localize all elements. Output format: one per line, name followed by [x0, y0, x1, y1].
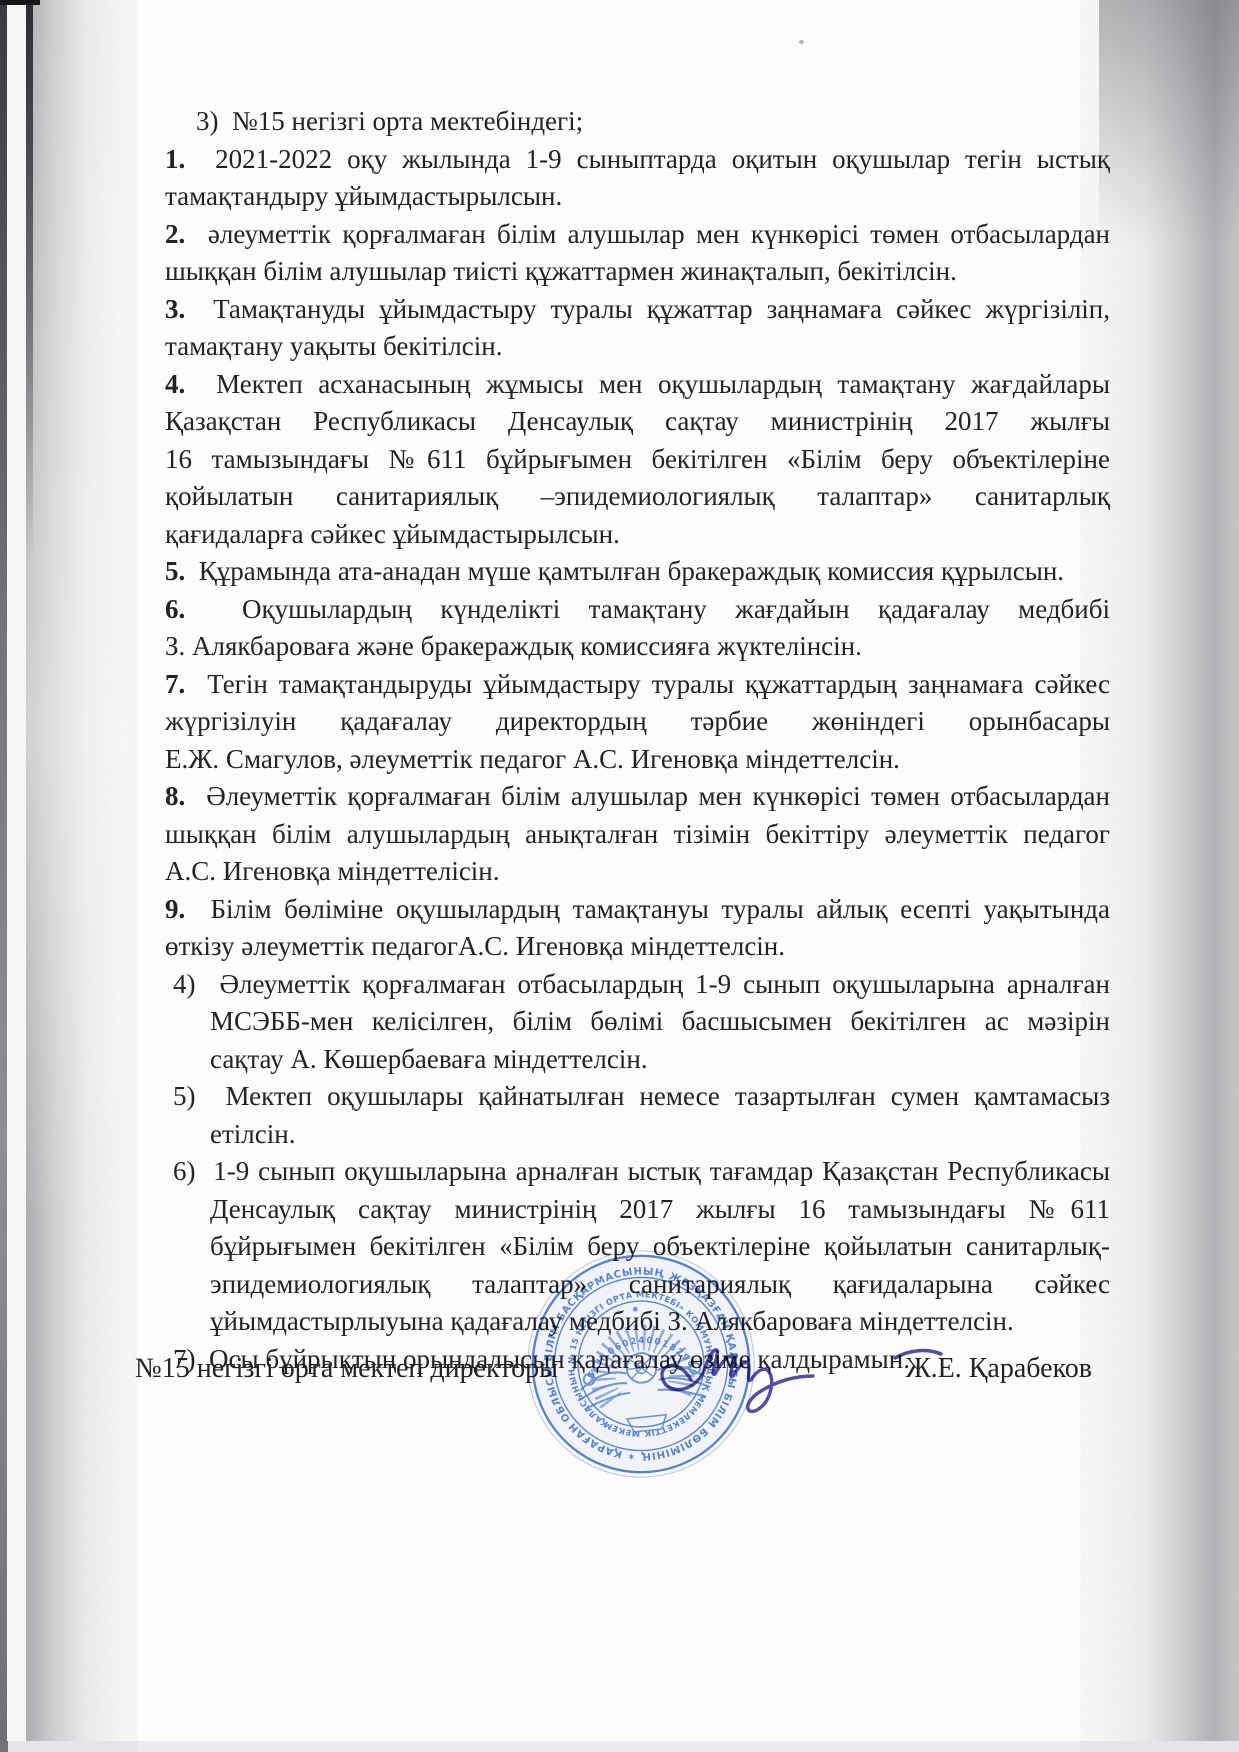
paragraph: 6. Оқушылардың күнделікті тамақтану жағд… [165, 591, 1110, 666]
text-line: 7. Тегін тамақтандыруды ұйымдастыру тура… [165, 666, 1110, 704]
text-line: МСЭББ-мен келісілген, білім бөлімі басшы… [165, 1003, 1110, 1041]
item-number: 1. [165, 144, 185, 174]
text-line: Е.Ж. Смагулов, әлеуметтік педагог А.С. И… [165, 741, 1110, 779]
paragraph: 8. Әлеуметтік қорғалмаған білім алушылар… [165, 778, 1110, 891]
text-line: қағидаларға сәйкес ұйымдастырылсын. [165, 516, 1110, 554]
item-number: 2. [165, 219, 185, 249]
paragraph: 1. 2021-2022 оқу жылында 1-9 сыныптарда … [165, 141, 1110, 216]
item-number: 7. [165, 669, 185, 699]
paragraph: 5. Құрамында ата-анадан мүше қамтылған б… [165, 553, 1110, 591]
text-line: жүргізілуін қадағалау директордың тәрбие… [165, 703, 1110, 741]
scan-speck [799, 40, 804, 44]
text-line: өткізу әлеуметтік педагогА.С. Игеновқа м… [165, 928, 1110, 966]
text-line: 4. Мектеп асханасының жұмысы мен оқушыла… [165, 366, 1110, 404]
scan-fold-line [26, 0, 33, 560]
text-line: А.С. Игеновқа міндеттелісін. [165, 853, 1110, 891]
text-line: тамақтану уақыты бекітілсін. [165, 328, 1110, 366]
scan-bottom-strip [0, 1741, 1239, 1752]
item-number: 6. [165, 594, 185, 624]
scan-shadow-left [24, 0, 124, 1752]
item-number: 8. [165, 781, 185, 811]
item-number: 5) [173, 1081, 196, 1111]
text-line: 8. Әлеуметтік қорғалмаған білім алушылар… [165, 778, 1110, 816]
text-line: етілсін. [165, 1116, 1110, 1154]
text-line: 3. Тамақтануды ұйымдастыру туралы құжатт… [165, 291, 1110, 329]
paragraph: 7. Тегін тамақтандыруды ұйымдастыру тура… [165, 666, 1110, 779]
text-line: 9. Білім бөліміне оқушылардың тамақтануы… [165, 891, 1110, 929]
text-line: 1. 2021-2022 оқу жылында 1-9 сыныптарда … [165, 141, 1110, 179]
scanned-order-page: 3) №15 негізгі орта мектебіндегі;1. 2021… [0, 0, 1239, 1752]
text-line: 5) Мектеп оқушылары қайнатылған немесе т… [165, 1078, 1110, 1116]
paragraph: 4) Әлеуметтік қорғалмаған отбасылардың 1… [165, 966, 1110, 1079]
text-line: шыққан білім алушылар тиісті құжаттармен… [165, 253, 1110, 291]
text-line: 16 тамызындағы №611 бұйрығымен бекітілге… [165, 441, 1110, 479]
text-line: З. Алякбароваға және бракераждық комисси… [165, 628, 1110, 666]
text-line: 6. Оқушылардың күнделікті тамақтану жағд… [165, 591, 1110, 629]
paragraph: 3) №15 негізгі орта мектебіндегі; [165, 103, 1110, 141]
text-line: Денсаулық сақтау министрінің 2017 жылғы … [165, 1191, 1110, 1229]
paragraph: 9. Білім бөліміне оқушылардың тамақтануы… [165, 891, 1110, 966]
item-number: 3. [165, 294, 185, 324]
director-signature [645, 1306, 981, 1438]
text-line: 2. әлеуметтік қорғалмаған білім алушылар… [165, 216, 1110, 254]
text-line: шыққан білім алушылардың анықталған тізі… [165, 816, 1110, 854]
scan-edge-strip [0, 0, 7, 1752]
item-number: 3) [196, 106, 219, 136]
director-title: №15 негізгі орта мектеп директоры [135, 1350, 558, 1388]
text-line: сақтау А. Көшербаеваға міндеттелсін. [165, 1041, 1110, 1079]
text-line: 4) Әлеуметтік қорғалмаған отбасылардың 1… [165, 966, 1110, 1004]
order-paragraphs: 3) №15 негізгі орта мектебіндегі;1. 2021… [165, 103, 1110, 1378]
scan-corner-mark [0, 0, 40, 5]
paragraph: 3. Тамақтануды ұйымдастыру туралы құжатт… [165, 291, 1110, 366]
text-line: 3) №15 негізгі орта мектебіндегі; [165, 103, 1110, 141]
paragraph: 4. Мектеп асханасының жұмысы мен оқушыла… [165, 366, 1110, 554]
text-line: 5. Құрамында ата-анадан мүше қамтылған б… [165, 553, 1110, 591]
text-line: тамақтандыру ұйымдастырылсын. [165, 178, 1110, 216]
text-line: қойылатын санитариялық –эпидемиологиялық… [165, 478, 1110, 516]
scan-shadow-right [1099, 0, 1239, 1752]
item-number: 9. [165, 894, 185, 924]
item-number: 4. [165, 369, 185, 399]
scan-white-gap [7, 0, 26, 1752]
text-line: 6) 1-9 сынып оқушыларына арналған ыстық … [165, 1153, 1110, 1191]
item-number: 4) [173, 969, 196, 999]
paragraph: 2. әлеуметтік қорғалмаған білім алушылар… [165, 216, 1110, 291]
item-number: 5. [165, 556, 185, 586]
item-number: 6) [173, 1156, 196, 1186]
text-line: Қазақстан Республикасы Денсаулық сақтау … [165, 403, 1110, 441]
paragraph: 5) Мектеп оқушылары қайнатылған немесе т… [165, 1078, 1110, 1153]
